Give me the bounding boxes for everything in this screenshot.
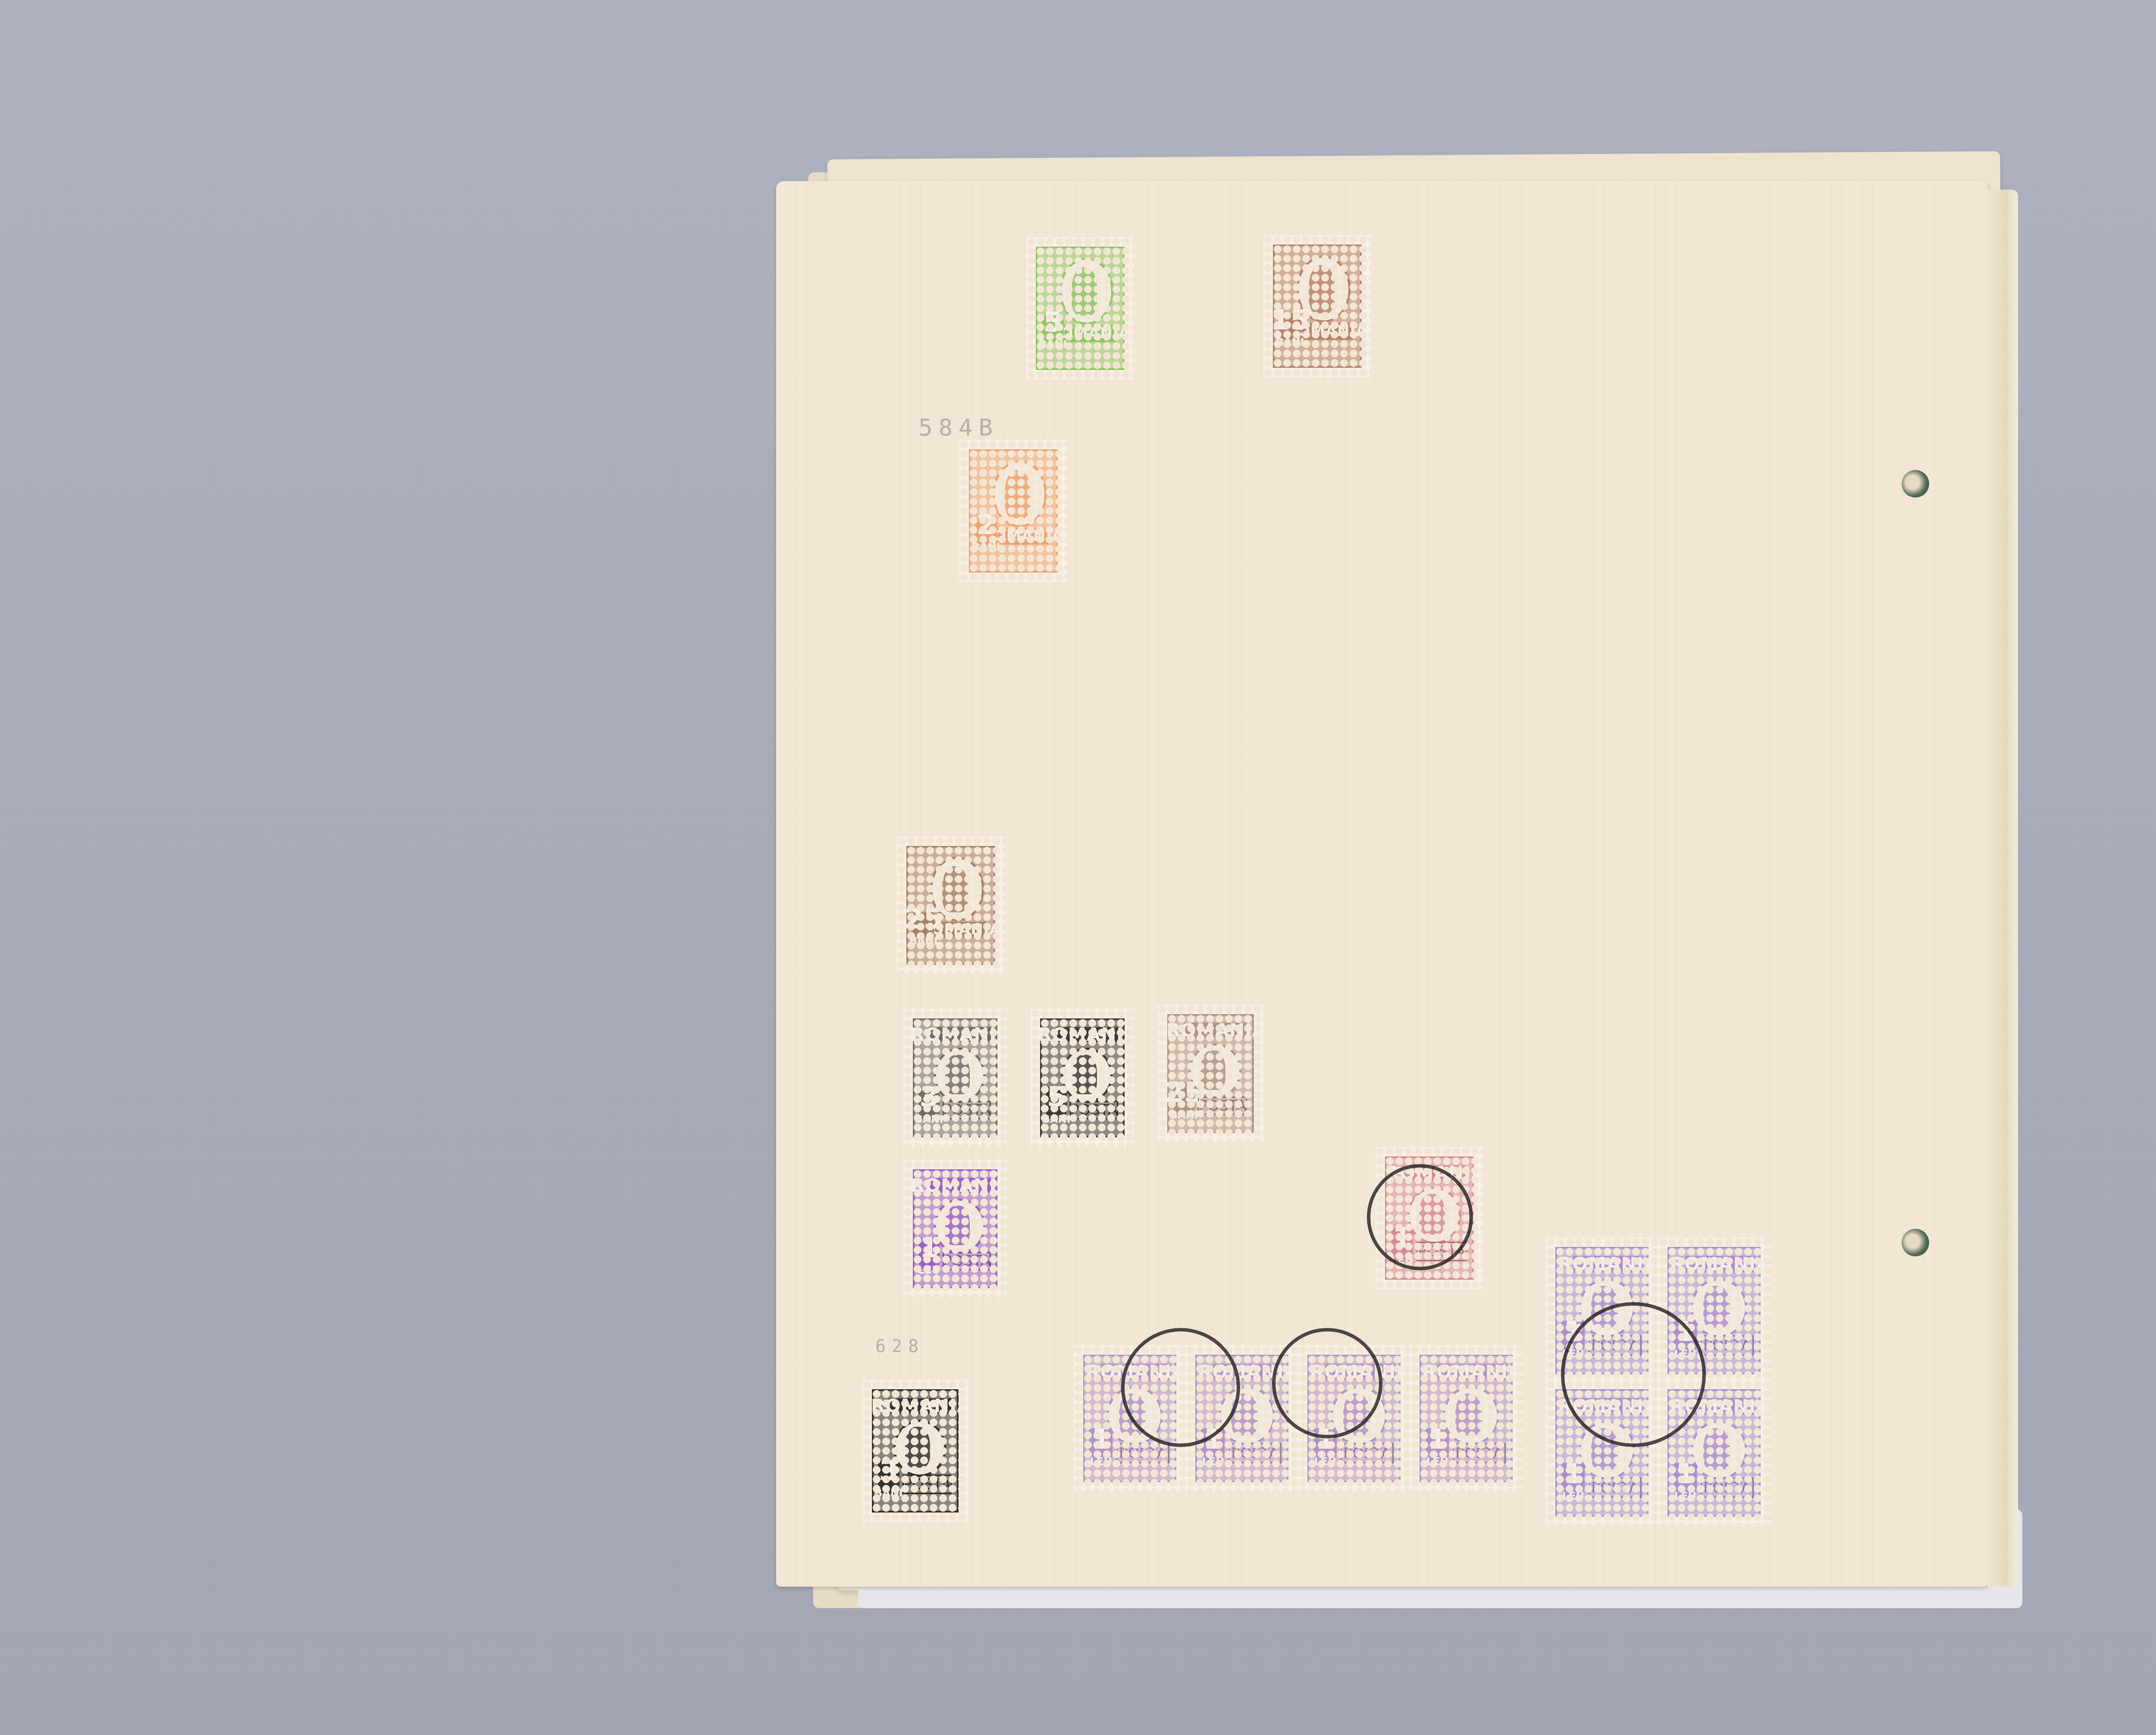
stamp-country: ROMANIA [929,1178,993,1193]
stamp-value: 1LEU [1426,1428,1449,1463]
stamp-design: ROMANIA 1LEU POSTA [1667,1247,1761,1375]
stamp-value: 25BANI [1173,1083,1195,1115]
stamp-design: ROMANIA 1LEU POSTA [1420,1355,1513,1482]
stamp-label: POSTA [1198,1096,1247,1115]
stamp: ROMANIA 1LEU POSTA [1658,1380,1770,1526]
stamp-label: POSTA [1701,1478,1753,1497]
stamp: ROMANIA 1LEU POSTA [1546,1237,1658,1384]
stamp-value: 15BANI [1279,313,1301,340]
stamp-country: ROMANIA [1685,1256,1755,1272]
stamp-value: 5BANI [1042,316,1064,342]
stamp-label: POSTA [1589,1335,1641,1355]
stamp-country: ROMANIA [929,1027,993,1042]
stamp: ROMANIA 1LEU POSTA [1410,1345,1522,1492]
stamp-design: ROMANIA 1LEU POSTA [1555,1247,1648,1375]
stamp-design: ROMANIA 1LEU POSTA [1195,1355,1288,1482]
portrait-icon [1309,265,1334,313]
stamp: ROMANIA 1LEU POSTA [1658,1237,1770,1384]
stamp: ROMANIA 1LEU POSTA [1186,1345,1298,1492]
stamp-value: 1LEU [1391,1228,1413,1261]
stamp-country: ROMANIA [996,528,1049,545]
stamp-design: ROMANIA 2BANI POSTA [969,449,1058,573]
stamp-country: ROMANIA [1325,1364,1395,1380]
stamp-label: POSTA [1416,1242,1467,1261]
portrait-icon [1703,1286,1730,1328]
portrait-icon [1591,1286,1618,1328]
stamp: ROMANIA 5BANI POSTA [1026,237,1134,379]
stamp-value: 1LEU [1201,1428,1225,1463]
portrait-icon [945,1206,969,1245]
portrait-icon [1343,1394,1370,1436]
stamp-country: ROMANIA [1056,1027,1120,1042]
stamp-label: POSTA [1116,1443,1169,1463]
stamp: ROMANIA 3BANI POSTA [862,1380,968,1522]
stamp-value: 25BANI [912,912,934,938]
stamp-label: POSTA [943,1101,990,1120]
stamp-value: 1LEU [918,1238,940,1270]
portrait-icon [1231,1394,1258,1436]
stamp: ROMANIA 25BANI POSTA [897,836,1005,974]
portrait-icon [1455,1394,1482,1436]
binder-hole [1902,1229,1929,1256]
stamp-value: 3BANI [918,1087,940,1119]
stamp-value: 3BANI [878,1460,899,1494]
stamp: ROMANIA 1LEU POSTA [1074,1345,1186,1492]
portrait-icon [1119,1394,1146,1436]
stamp: ROMANIA 15BANI POSTA [1263,235,1371,377]
stamp: ROMANIA 2BANI POSTA [959,440,1067,582]
stamp: ROMANIA 1LEU POSTA [1298,1345,1410,1492]
stamp-label: POSTA [1228,1443,1281,1463]
stamp-value: 1LEU [1561,1321,1585,1356]
stamp: ROMANIA 3BANI POSTA [903,1009,1007,1147]
stamp-design: ROMANIA 5BANI POSTA [1040,1018,1125,1137]
stamp-design: ROMANIA 25BANI POSTA [906,846,995,965]
stamp-design: ROMANIA 1LEU POSTA [1083,1355,1176,1482]
stamp-country: ROMANIA [1213,1364,1283,1380]
stamp-design: ROMANIA 1LEU POSTA [1307,1355,1401,1482]
stamp-design: ROMANIA 1LEU POSTA [1555,1389,1648,1517]
catalog-number-note: 628 [875,1337,924,1356]
stamp-design: ROMANIA 5BANI POSTA [1036,247,1125,370]
stamp-value: 1LEU [1561,1463,1585,1498]
catalog-number-note: 584B [918,414,999,441]
stamp-design: ROMANIA 15BANI POSTA [1273,244,1362,368]
stamp-country: ROMANIA [1063,325,1116,342]
page-stack-edge [1988,190,2018,1587]
stamp-country: ROMANIA [1184,1023,1249,1038]
portrait-icon [945,1055,969,1094]
portrait-icon [1703,1428,1730,1470]
portrait-icon [905,1427,930,1468]
stamp: ROMANIA 5BANI POSTA [1031,1009,1134,1147]
stamp: ROMANIA 25BANI POSTA [1158,1005,1263,1143]
stamp-label: POSTA [1589,1478,1641,1497]
stamp: ROMANIA 1LEU POSTA [1376,1147,1483,1289]
portrait-icon [1200,1050,1225,1090]
stamp-label: POSTA [1341,1443,1393,1463]
stamp-design: ROMANIA 1LEU POSTA [913,1169,997,1288]
stamp: ROMANIA 1LEU POSTA [903,1160,1007,1298]
portrait-icon [1072,1055,1097,1094]
stamp-country: ROMANIA [1437,1364,1507,1380]
stamp-country: ROMANIA [1685,1398,1755,1414]
stamp-country: ROMANIA [1573,1256,1643,1272]
stamp-design: ROMANIA 3BANI POSTA [872,1389,959,1513]
stamp-country: ROMANIA [1101,1364,1171,1380]
portrait-icon [1591,1428,1618,1470]
portrait-icon [1072,267,1097,315]
stamp-value: 1LEU [1313,1428,1337,1463]
stamp-design: ROMANIA 25BANI POSTA [1167,1014,1254,1133]
stamp-label: POSTA [1070,1101,1118,1120]
stamp-design: ROMANIA 1LEU POSTA [1667,1389,1761,1517]
stamp-label: POSTA [1701,1335,1753,1355]
stamp-design: ROMANIA 1LEU POSTA [1385,1156,1474,1280]
stamp-country: ROMANIA [889,1398,954,1414]
stamp-country: ROMANIA [1573,1398,1643,1414]
stamp-label: POSTA [943,1252,990,1271]
stamp-value: 5BANI [1046,1087,1067,1119]
stamp-value: 1LEU [1673,1321,1697,1356]
stamp-value: 2BANI [975,518,997,545]
portrait-icon [942,866,968,912]
portrait-icon [1005,470,1030,518]
stamp-label: POSTA [1453,1443,1505,1463]
stamp-value: 1LEU [1089,1428,1112,1463]
portrait-icon [1419,1194,1445,1235]
stamp: ROMANIA 1LEU POSTA [1546,1380,1658,1526]
binder-hole [1902,470,1929,498]
stamp-value: 1LEU [1673,1463,1697,1498]
stamp-country: ROMANIA [1402,1165,1469,1181]
stamp-label: POSTA [903,1475,952,1494]
stamp-design: ROMANIA 3BANI POSTA [913,1018,997,1137]
